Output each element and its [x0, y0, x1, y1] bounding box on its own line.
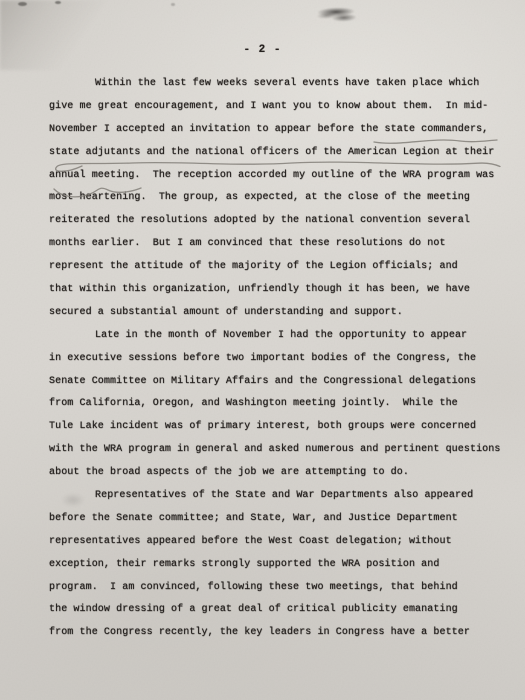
text-line: state adjutants and the national officer…: [49, 142, 509, 165]
text-line: Within the last few weeks several events…: [49, 73, 509, 96]
text-line: reiterated the resolutions adopted by th…: [49, 210, 509, 233]
text-line: secured a substantial amount of understa…: [49, 302, 509, 325]
text-line: from the Congress recently, the key lead…: [49, 622, 509, 645]
paper-speck: [171, 3, 175, 6]
text-line: before the Senate committee; and State, …: [49, 508, 509, 531]
text-line: Late in the month of November I had the …: [49, 325, 509, 348]
text-line: the window dressing of a great deal of c…: [49, 599, 509, 622]
paper-corner-fold: [0, 0, 150, 70]
text-line: from California, Oregon, and Washington …: [49, 393, 509, 416]
text-line: about the broad aspects of the job we ar…: [49, 462, 509, 485]
text-line: exception, their remarks strongly suppor…: [49, 554, 509, 577]
text-line: most heartening. The group, as expected,…: [49, 187, 509, 210]
text-line: Representatives of the State and War Dep…: [49, 485, 509, 508]
text-line: with the WRA program in general and aske…: [49, 439, 509, 462]
text-line: give me great encouragement, and I want …: [49, 96, 509, 119]
text-line: months earlier. But I am convinced that …: [49, 233, 509, 256]
letter-body: Within the last few weeks several events…: [49, 73, 509, 645]
text-line: represent the attitude of the majority o…: [49, 256, 509, 279]
text-line: program. I am convinced, following these…: [49, 577, 509, 600]
paper-speck: [18, 2, 27, 6]
text-line: in executive sessions before two importa…: [49, 348, 509, 371]
text-line: annual meeting. The reception accorded m…: [49, 165, 509, 188]
text-line: representatives appeared before the West…: [49, 531, 509, 554]
text-line: Tule Lake incident was of primary intere…: [49, 416, 509, 439]
text-line: November I accepted an invitation to app…: [49, 119, 509, 142]
text-line: Senate Committee on Military Affairs and…: [49, 371, 509, 394]
document-page: - 2 - Within the last few weeks several …: [0, 0, 525, 700]
pencil-smudge-mark: [316, 6, 364, 23]
text-line: that within this organization, unfriendl…: [49, 279, 509, 302]
paper-speck: [55, 1, 61, 4]
page-number: - 2 -: [0, 44, 525, 56]
